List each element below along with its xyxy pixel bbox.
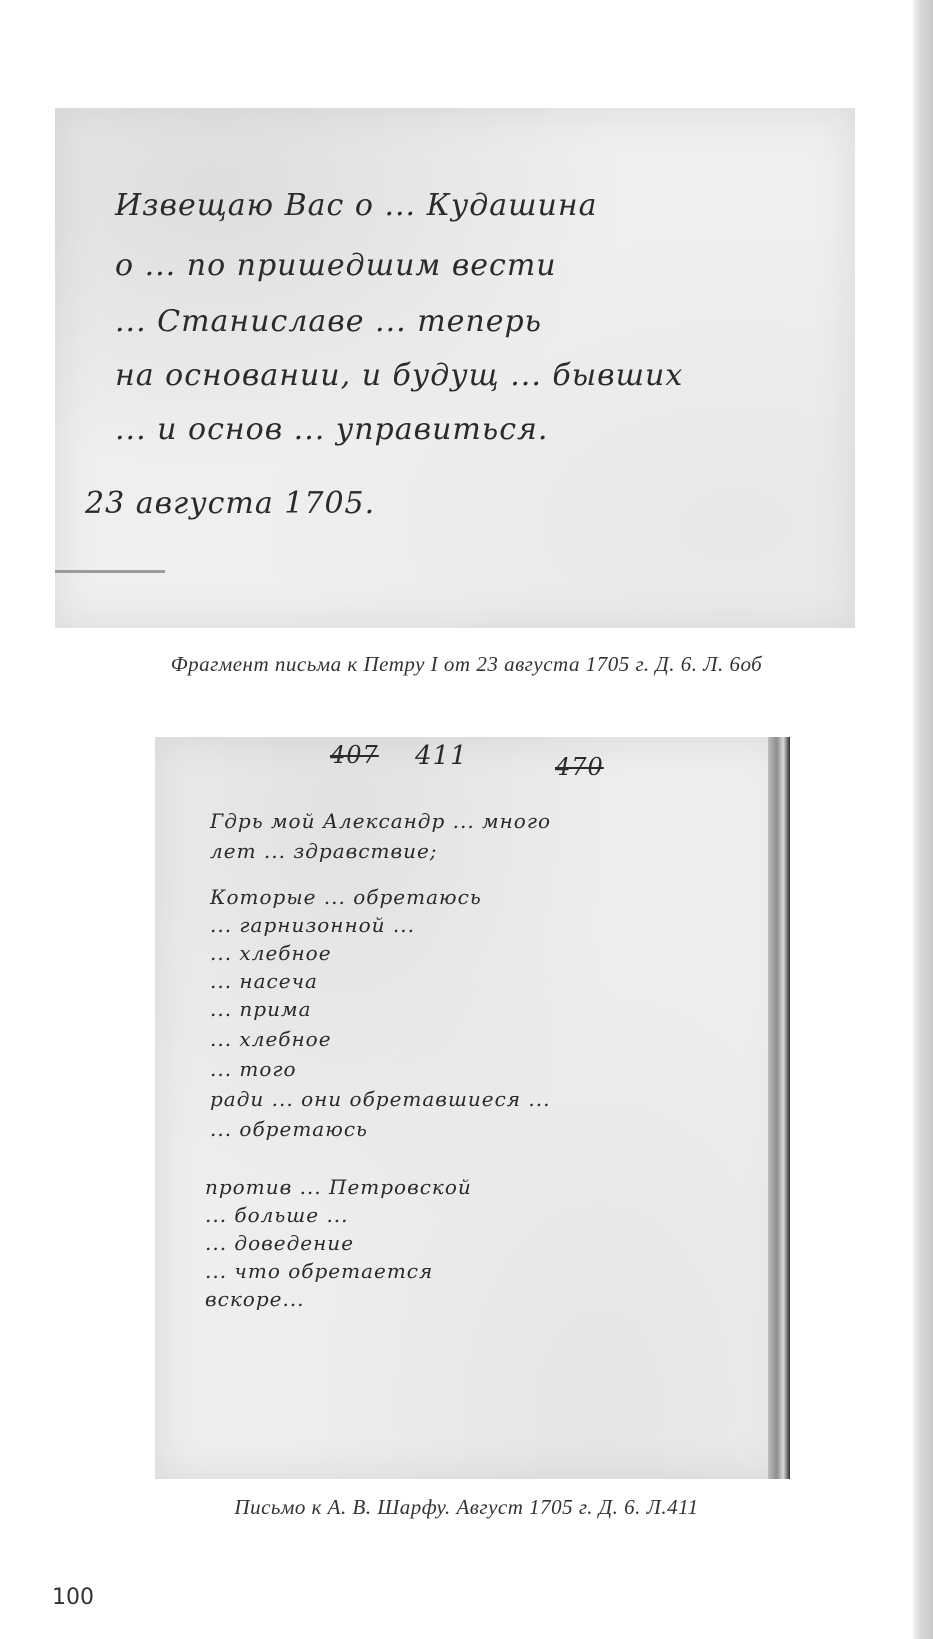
page-gutter-shadow <box>913 0 933 1639</box>
folio-number-struck: 470 <box>555 753 604 781</box>
manuscript-line: ... Станиславе ... теперь <box>115 304 542 339</box>
manuscript-line: Извещаю Вас о ... Кудашина <box>115 188 598 223</box>
manuscript-line: на основании, и будущ ... бывших <box>115 358 683 393</box>
manuscript-line: ... больше ... <box>205 1203 349 1227</box>
manuscript-line: ... доведение <box>205 1231 354 1255</box>
page-number: 100 <box>52 1585 94 1610</box>
manuscript-photo-letter-to-sharf: 407 411 470 Гдрь мой Александр ... много… <box>155 737 790 1479</box>
manuscript-line: против ... Петровской <box>205 1175 472 1199</box>
folio-number-struck: 407 <box>330 741 379 769</box>
manuscript-line: ... того <box>210 1057 297 1081</box>
manuscript-photo-letter-to-peter: Извещаю Вас о ... Кудашина о ... по приш… <box>55 108 855 628</box>
manuscript-line: ... прима <box>210 997 312 1021</box>
figure-caption: Фрагмент письма к Петру I от 23 августа … <box>0 652 933 677</box>
manuscript-line: ... насеча <box>210 969 318 993</box>
ink-smudge <box>55 570 165 573</box>
figure-caption: Письмо к А. В. Шарфу. Август 1705 г. Д. … <box>0 1495 933 1520</box>
manuscript-line: лет ... здравствие; <box>210 839 438 863</box>
manuscript-line: вскоре... <box>205 1287 305 1311</box>
manuscript-line: Гдрь мой Александр ... много <box>210 809 551 833</box>
manuscript-line: ... и основ ... управиться. <box>115 412 548 447</box>
manuscript-line: о ... по пришедшим вести <box>115 248 557 283</box>
manuscript-line: ... обретаюсь <box>210 1117 368 1141</box>
manuscript-line: ... хлебное <box>210 1027 332 1051</box>
manuscript-line: ради ... они обретавшиеся ... <box>210 1087 550 1111</box>
folio-number: 411 <box>415 741 468 771</box>
manuscript-line: ... гарнизонной ... <box>210 913 415 937</box>
manuscript-line: Которые ... обретаюсь <box>210 885 482 909</box>
manuscript-line: ... хлебное <box>210 941 332 965</box>
book-spine-edge <box>768 737 790 1479</box>
manuscript-date-line: 23 августа 1705. <box>85 486 375 521</box>
manuscript-line: ... что обретается <box>205 1259 433 1283</box>
